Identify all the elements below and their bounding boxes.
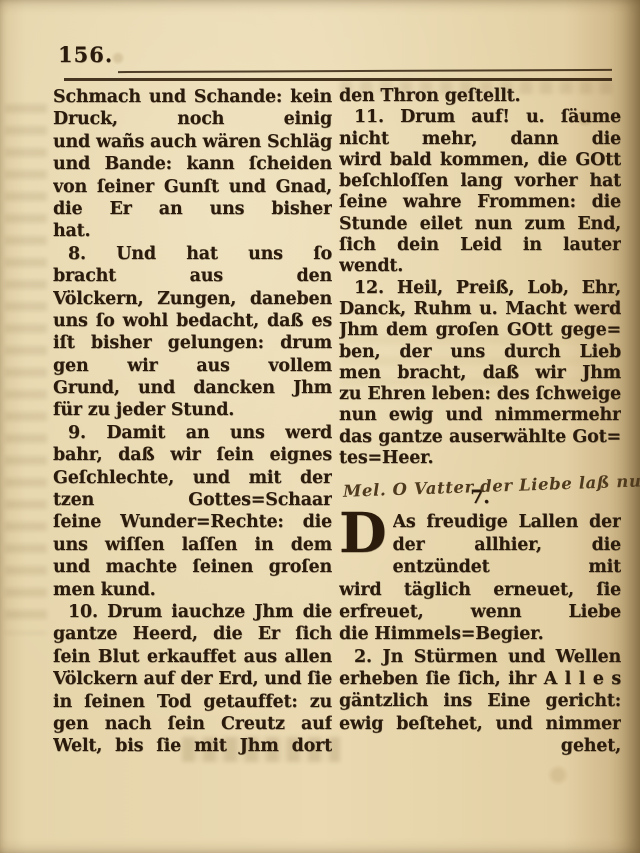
text-line: Danck, Ruhm u. Macht werd [339,299,621,320]
text-line: tes=Heer. [339,448,621,469]
text-line: erfreuet, wenn Liebe anbrennet [339,601,621,623]
text-line: 10. Drum iauchze Jhm die [53,601,332,623]
text-line: 8. Und hat uns ſo zuſammen [53,243,332,265]
stanza-11: 11. Drum auf! u. ſäume dichnicht mehr, d… [339,107,621,277]
text-line: Völckern auf der Erd, und ſie [53,668,332,690]
text-line: nun ewig und nimmermehr [339,405,621,426]
header-rule-thick [64,78,612,81]
text-line: gehet, [339,735,621,757]
stanza-10: 10. Drum iauchze Jhm diegantze Heerd, di… [53,601,332,758]
text-line: wird täglich erneuet, ſie werden [339,579,621,601]
stanza-8: 8. Und hat uns ſo zuſammenbracht aus den… [53,243,332,422]
text-line: iſt bisher gelungen: drum ſin= [53,332,332,354]
text-line: uns wiſſen laſſen in dem Bund, [53,534,332,556]
text-line: wird bald kommen, die GOtt [339,150,621,171]
text-line: und Bande: kann ſcheiden uns [53,153,332,175]
text-line: tzen Gottes=Schaar erzehlen [53,489,332,511]
text-line: nicht mehr, dann die Erlöſung [339,129,621,150]
text-line: wendt. [339,256,621,277]
text-line: Schmach und Schande: kein [53,86,332,108]
text-line: beſchloſſen lang vorher hat über [339,171,621,192]
header-rule-thin [118,69,612,73]
text-line: das gantze auserwählte Got= [339,427,621,448]
text-line: 2. Jn Stürmen und Wellen [339,646,621,668]
text-line: ſeine wahre Frommen: die letzte [339,192,621,213]
text-line: ben, der uns durch Lieb zuſam= [339,342,621,363]
text-line: 12. Heil, Preiß, Lob, Ehr, [339,278,621,299]
text-line: die Himmels=Begier. [339,623,621,645]
text-line: entzündet mit Liebes=Begier: [393,556,622,578]
text-line: As freudige Lallen der Kin= [393,511,622,533]
text-line: Geſchlechte, und mit der gan= [53,467,332,489]
text-line: erheben ſie ſich, ihr A l l e s iſt [339,668,621,690]
drop-cap-initial: D [339,511,393,557]
text-line: 9. Damit an uns werd offen= [53,422,332,444]
left-column: Schmach und Schande: keinDruck, noch ein… [53,86,332,758]
text-line: uns ſo wohl bedacht, daß es uns [53,310,332,332]
text-line: hat. [53,220,332,242]
text-line: ſeine Wunder=Rechte: die Er [53,511,332,533]
text-line: gen wir aus vollem Hertzens= [53,355,332,377]
text-line: den Thron geſtellt. [339,86,621,107]
text-line: ewig beſtehet, und nimmer ver= [339,713,621,735]
text-line: 11. Drum auf! u. ſäume dich [339,107,621,128]
text-columns: Schmach und Schande: keinDruck, noch ein… [53,86,621,758]
text-line: bahr, daß wir ſein eignes Erb= [53,444,332,466]
book-page: 156. Schmach und Schande: keinDruck, noc… [0,0,640,853]
text-line: in ſeinen Tod getauffet: zu tra= [53,691,332,713]
text-line: zu Ehren leben: des ſchweige [339,384,621,405]
hymn-7-stanza-2: 2. Jn Stürmen und Wellenerheben ſie ſich… [339,646,621,758]
text-line: gantze Heerd, die Er ſich durch [53,623,332,645]
stanza-continuation: Schmach und Schande: keinDruck, noch ein… [53,86,332,243]
right-column: den Thron geſtellt. 11. Drum auf! u. ſäu… [339,86,621,758]
text-line: Stunde eilet nun zum End, da [339,214,621,235]
stanza-12: 12. Heil, Preiß, Lob, Ehr,Danck, Ruhm u.… [339,278,621,470]
text-line: ſich dein Leid in lauter Freude [339,235,621,256]
show-through-text-left-margin [5,104,47,634]
stanza-9: 9. Damit an uns werd offen=bahr, daß wir… [53,422,332,601]
text-line: men kund. [53,579,332,601]
stanza-10-end: den Thron geſtellt. [339,86,621,107]
text-line: Völckern, Zungen, daneben [53,288,332,310]
text-line: und machte ſeinen groſen Na= [53,556,332,578]
text-line: der allhier, die gäntzlich [393,534,622,556]
text-line: Welt, bis ſie mit Jhm dort vor [53,735,332,757]
text-line: gen nach ſein Creutz auf dieſer [53,713,332,735]
text-line: gäntzlich ins Eine gericht: das [339,690,621,712]
text-line: Druck, noch einig Ungemach, [53,108,332,130]
text-line: für zu jeder Stund. [53,399,332,421]
text-line: Jhm dem groſen GOtt gege= [339,320,621,341]
text-line: Grund, und dancken Jhm da= [53,377,332,399]
text-line: die Er an uns bisher erwieſen [53,198,332,220]
text-line: und wañs auch wären Schläg [53,131,332,153]
page-number: 156. [58,42,113,67]
text-line: bracht aus den Geſchlechtern, [53,265,332,287]
text-line: ſein Blut erkauffet aus allen [53,646,332,668]
text-line: von ſeiner Gunſt und Gnad, [53,176,332,198]
text-line: men bracht, daß wir Jhm gantz [339,363,621,384]
hymn-7-stanza-1: D As freudige Lallen der Kin=der allhier… [339,511,621,645]
